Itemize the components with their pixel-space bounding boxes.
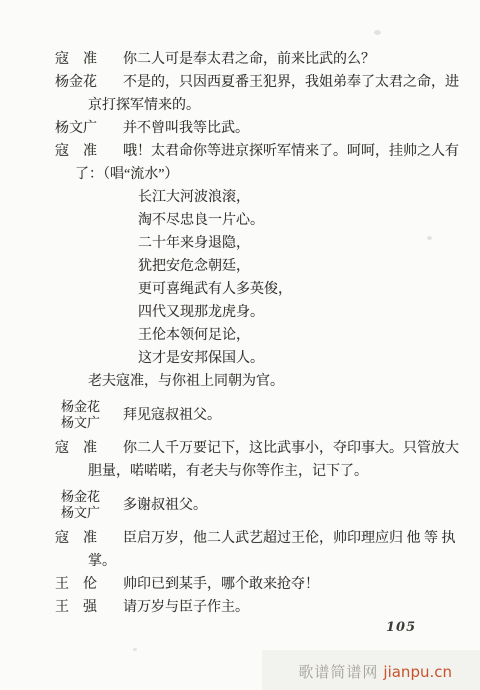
speaker-name: 杨金花 — [61, 399, 107, 415]
script-row: 杨金花杨文广拜见寇叔祖父。 — [55, 399, 480, 431]
script-row: 杨文广并不曾叫我等比武。 — [55, 117, 480, 140]
site-watermark: 歌谱简谱网jianpu.cn — [298, 661, 452, 682]
speaker-name: 杨金花 — [61, 489, 107, 505]
dialogue-text: 老夫寇准，与你祖上同朝为官。 — [88, 374, 284, 389]
script-text: 寇 准你二人可是奉太君之命，前来比武的么？杨金花不是的，只因西夏番王犯界，我姐弟… — [55, 48, 480, 619]
script-row: 寇 准你二人千万要记下，这比武事小，夺印事大。只管放大 — [55, 437, 480, 460]
dialogue-text: 你二人千万要记下，这比武事小，夺印事大。只管放大 — [123, 441, 459, 456]
script-row: 胆量，喏喏喏，有老夫与你等作主，记下了。 — [88, 460, 480, 483]
scan-speck — [374, 30, 381, 35]
script-row: 犹把安危念朝廷， — [138, 255, 480, 278]
verse-line: 长江大河波浪滚， — [138, 190, 250, 205]
watermark-site-name: 歌谱简谱网 — [298, 663, 378, 681]
speaker-name: 寇 准 — [55, 140, 107, 163]
speaker-name: 寇 准 — [55, 527, 107, 550]
script-row: 寇 准臣启万岁，他二人武艺超过王伦，帅印理应归 他 等 执 — [55, 527, 480, 550]
dialogue-text: 请万岁与臣子作主。 — [123, 600, 249, 615]
dialogue-text: 哦！太君命你等进京探听军情来了。呵呵，挂帅之人有 — [123, 144, 459, 159]
speaker-name: 寇 准 — [55, 48, 107, 71]
dialogue-text: 多谢叔祖父。 — [123, 494, 207, 517]
dialogue-text: 胆量，喏喏喏，有老夫与你等作主，记下了。 — [88, 464, 368, 479]
dialogue-text: 掌。 — [88, 554, 116, 569]
speaker-names: 杨金花杨文广 — [61, 399, 107, 431]
dialogue-text: 不是的，只因西夏番王犯界，我姐弟奉了太君之命，进 — [123, 75, 459, 90]
speaker-name: 王 强 — [55, 596, 107, 619]
verse-line: 更可喜绳武有人多英俊， — [138, 282, 292, 297]
dialogue-text: 帅印已到某手，哪个敢来抢夺！ — [123, 577, 319, 592]
verse-line: 这才是安邦保国人。 — [138, 351, 264, 366]
speaker-name: 杨文广 — [61, 505, 107, 521]
scanned-script-page: 寇 准你二人可是奉太君之命，前来比武的么？杨金花不是的，只因西夏番王犯界，我姐弟… — [0, 0, 480, 690]
scan-speck — [133, 648, 137, 651]
verse-line: 淘不尽忠良一片心。 — [138, 213, 264, 228]
dialogue-text: 拜见寇叔祖父。 — [123, 404, 221, 427]
dialogue-text: 京打探军情来的。 — [88, 98, 200, 113]
script-row: 掌。 — [88, 550, 480, 573]
dialogue-text: 并不曾叫我等比武。 — [123, 121, 249, 136]
speaker-names: 杨金花杨文广 — [61, 489, 107, 521]
script-row: 了：（唱“流水”） — [75, 163, 480, 186]
script-row: 老夫寇准，与你祖上同朝为官。 — [88, 370, 480, 393]
verse-line: 王伦本领何足论， — [138, 328, 250, 343]
watermark-site-domain: jianpu.cn — [383, 663, 452, 681]
script-row: 四代又现那龙虎身。 — [138, 301, 480, 324]
dialogue-text: 了：（唱“流水”） — [75, 167, 178, 182]
script-row: 杨金花杨文广多谢叔祖父。 — [55, 489, 480, 521]
script-row: 王 强请万岁与臣子作主。 — [55, 596, 480, 619]
script-row: 更可喜绳武有人多英俊， — [138, 278, 480, 301]
page-number: 105 — [386, 620, 416, 635]
speaker-name: 杨金花 — [55, 71, 107, 94]
script-row: 这才是安邦保国人。 — [138, 347, 480, 370]
script-row: 王 伦帅印已到某手，哪个敢来抢夺！ — [55, 573, 480, 596]
script-row: 杨金花不是的，只因西夏番王犯界，我姐弟奉了太君之命，进 — [55, 71, 480, 94]
speaker-name: 杨文广 — [55, 117, 107, 140]
speaker-name: 杨文广 — [61, 415, 107, 431]
speaker-name: 寇 准 — [55, 437, 107, 460]
script-row: 寇 准你二人可是奉太君之命，前来比武的么？ — [55, 48, 480, 71]
script-row: 寇 准哦！太君命你等进京探听军情来了。呵呵，挂帅之人有 — [55, 140, 480, 163]
verse-line: 犹把安危念朝廷， — [138, 259, 250, 274]
script-row: 京打探军情来的。 — [88, 94, 480, 117]
dialogue-text: 你二人可是奉太君之命，前来比武的么？ — [123, 52, 375, 67]
script-row: 长江大河波浪滚， — [138, 186, 480, 209]
script-row: 淘不尽忠良一片心。 — [138, 209, 480, 232]
script-row: 二十年来身退隐， — [138, 232, 480, 255]
verse-line: 二十年来身退隐， — [138, 236, 250, 251]
speaker-name: 王 伦 — [55, 573, 107, 596]
verse-line: 四代又现那龙虎身。 — [138, 305, 264, 320]
script-row: 王伦本领何足论， — [138, 324, 480, 347]
dialogue-text: 臣启万岁，他二人武艺超过王伦，帅印理应归 他 等 执 — [123, 531, 456, 546]
